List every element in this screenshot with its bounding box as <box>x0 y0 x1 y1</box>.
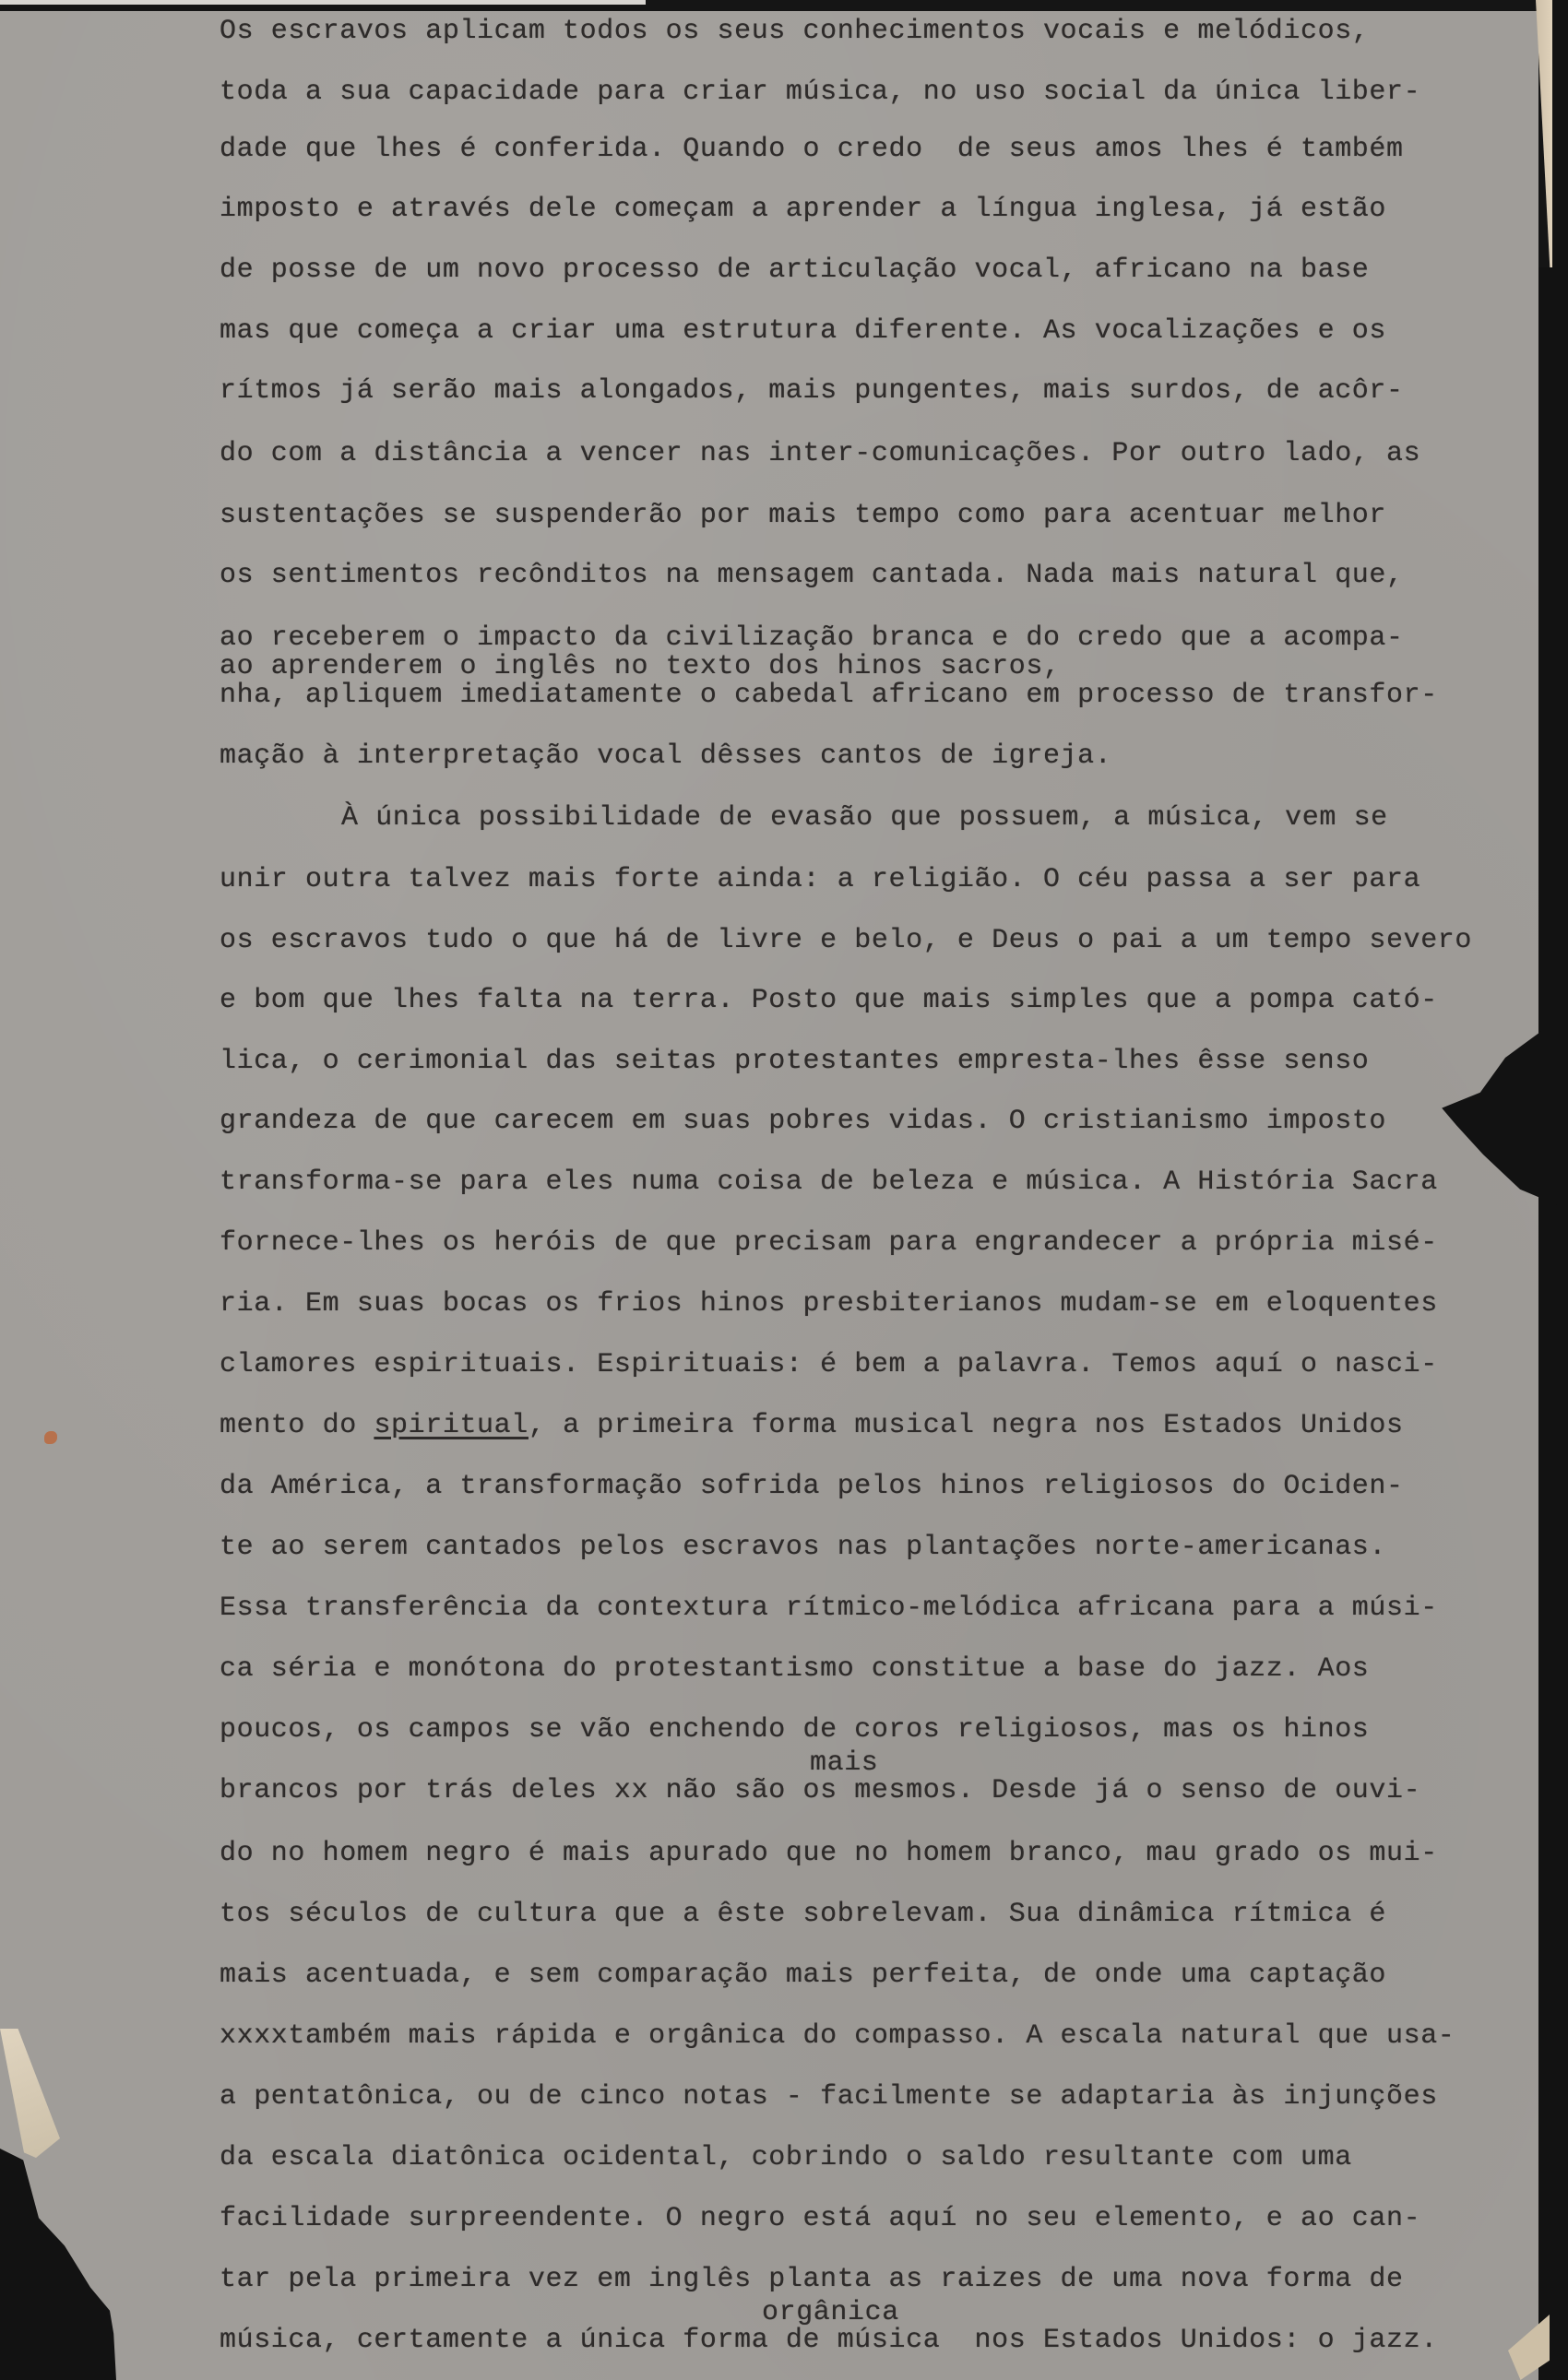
inserted-correction: mais <box>810 1747 878 1779</box>
text-line: nha, apliquem imediatamente o cabedal af… <box>220 680 1438 711</box>
text-line: mas que começa a criar uma estrutura dif… <box>220 315 1386 347</box>
text-line: lica, o cerimonial das seitas protestant… <box>220 1046 1369 1077</box>
paper-top-edge <box>0 0 646 5</box>
text-line: fornece-lhes os heróis de que precisam p… <box>220 1227 1438 1259</box>
text-line: do com a distância a vencer nas inter-co… <box>220 438 1420 469</box>
text-line: a pentatônica, ou de cinco notas - facil… <box>220 2081 1438 2113</box>
inserted-correction: ao aprenderem o inglês no texto dos hino… <box>220 651 1061 682</box>
text-line: mação à interpretação vocal dêsses canto… <box>220 740 1111 772</box>
text-line: os sentimentos recônditos na mensagem ca… <box>220 560 1404 591</box>
text-line: xxxxtambém mais rápida e orgânica do com… <box>220 2020 1455 2052</box>
text-line: unir outra talvez mais forte ainda: a re… <box>220 864 1420 895</box>
text-line: Os escravos aplicam todos os seus conhec… <box>220 16 1369 47</box>
text-line: de posse de um novo processo de articula… <box>220 255 1369 286</box>
stain-mark <box>44 1431 57 1444</box>
text-line: rítmos já serão mais alongados, mais pun… <box>220 375 1404 407</box>
text-line: facilidade surpreendente. O negro está a… <box>220 2203 1420 2234</box>
text-line: os escravos tudo o que há de livre e bel… <box>220 925 1472 956</box>
paper-right-edge <box>1538 267 1552 2380</box>
text-line: da América, a transformação sofrida pelo… <box>220 1471 1404 1502</box>
text-line: ria. Em suas bocas os frios hinos presbi… <box>220 1288 1438 1320</box>
text-line: da escala diatônica ocidental, cobrindo … <box>220 2142 1352 2173</box>
text-line: te ao serem cantados pelos escravos nas … <box>220 1532 1386 1563</box>
text-line: dade que lhes é conferida. Quando o cred… <box>220 134 1404 165</box>
text-line: À única possibilidade de evasão que poss… <box>341 802 1388 834</box>
text-line: tar pela primeira vez em inglês planta a… <box>220 2264 1404 2295</box>
text-line: ao receberem o impacto da civilização br… <box>220 622 1404 654</box>
text-line: brancos por trás deles xx não são os mes… <box>220 1775 1420 1806</box>
text-line: do no homem negro é mais apurado que no … <box>220 1838 1438 1869</box>
text-line: poucos, os campos se vão enchendo de cor… <box>220 1714 1369 1746</box>
text-line: tos séculos de cultura que a êste sobrel… <box>220 1899 1386 1930</box>
text-line: transforma-se para eles numa coisa de be… <box>220 1166 1438 1198</box>
text-line: grandeza de que carecem em suas pobres v… <box>220 1106 1386 1137</box>
text-line: sustentações se suspenderão por mais tem… <box>220 500 1386 531</box>
text-line: imposto e através dele começam a aprende… <box>220 194 1386 225</box>
text-line: e bom que lhes falta na terra. Posto que… <box>220 985 1438 1016</box>
text-line: mento do spiritual, a primeira forma mus… <box>220 1410 1404 1441</box>
text-line: mais acentuada, e sem comparação mais pe… <box>220 1960 1386 1991</box>
text-line: toda a sua capacidade para criar música,… <box>220 77 1420 108</box>
text-line: clamores espirituais. Espirituais: é bem… <box>220 1349 1438 1380</box>
underlined-term: spiritual <box>374 1410 528 1441</box>
text-line: Essa transferência da contextura rítmico… <box>220 1593 1438 1624</box>
inserted-correction: orgânica <box>762 2297 899 2328</box>
text-line: música, certamente a única forma de músi… <box>220 2325 1438 2356</box>
text-line: ca séria e monótona do protestantismo co… <box>220 1653 1369 1685</box>
